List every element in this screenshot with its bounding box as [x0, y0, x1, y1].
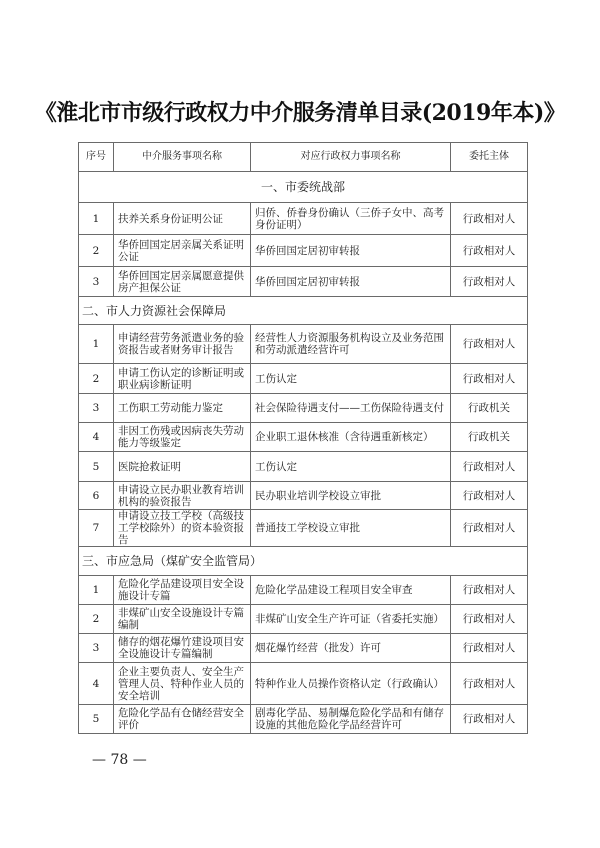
row-no: 1: [79, 576, 114, 605]
row-service-name: 危险化学品有仓储经营安全评价: [114, 705, 251, 734]
row-no: 3: [79, 267, 114, 297]
row-power-name: 民办职业培训学校设立审批: [251, 482, 451, 510]
row-no: 4: [79, 423, 114, 452]
table-row: 5 危险化学品有仓储经营安全评价 剧毒化学品、易制爆危险化学品和有储存设施的其他…: [79, 705, 528, 734]
row-power-name: 归侨、侨眷身份确认（三侨子女中、高考身份证明）: [251, 203, 451, 235]
row-power-name: 工伤认定: [251, 364, 451, 394]
row-power-name: 普通技工学校设立审批: [251, 510, 451, 547]
row-no: 6: [79, 482, 114, 510]
row-service-name: 华侨回国定居亲属愿意提供房产担保公证: [114, 267, 251, 297]
table-row: 1 申请经营劳务派遣业务的验资报告或者财务审计报告 经营性人力资源服务机构设立及…: [79, 325, 528, 364]
row-no: 3: [79, 394, 114, 423]
row-power-name: 华侨回国定居初审转报: [251, 235, 451, 267]
table-row: 7 申请设立技工学校（高级技工学校除外）的资本验资报告 普通技工学校设立审批 行…: [79, 510, 528, 547]
row-service-name: 申请经营劳务派遣业务的验资报告或者财务审计报告: [114, 325, 251, 364]
row-power-name: 非煤矿山安全生产许可证（省委托实施）: [251, 605, 451, 634]
row-power-name: 剧毒化学品、易制爆危险化学品和有储存设施的其他危险化学品经营许可: [251, 705, 451, 734]
row-no: 2: [79, 364, 114, 394]
table-row: 3 工伤职工劳动能力鉴定 社会保险待遇支付——工伤保险待遇支付 行政机关: [79, 394, 528, 423]
row-subject: 行政相对人: [451, 634, 528, 663]
row-subject: 行政机关: [451, 394, 528, 423]
row-no: 2: [79, 605, 114, 634]
section-row: 一、市委统战部: [79, 172, 528, 203]
row-service-name: 非煤矿山安全设施设计专篇编制: [114, 605, 251, 634]
row-service-name: 储存的烟花爆竹建设项目安全设施设计专篇编制: [114, 634, 251, 663]
row-subject: 行政相对人: [451, 452, 528, 482]
table-row: 5 医院抢救证明 工伤认定 行政相对人: [79, 452, 528, 482]
row-no: 1: [79, 325, 114, 364]
row-subject: 行政机关: [451, 423, 528, 452]
service-list-table: 序号 中介服务事项名称 对应行政权力事项名称 委托主体 一、市委统战部 1 扶养…: [78, 142, 528, 734]
row-no: 2: [79, 235, 114, 267]
section-label: 三、市应急局（煤矿安全监管局）: [79, 547, 528, 576]
row-subject: 行政相对人: [451, 325, 528, 364]
row-no: 4: [79, 663, 114, 705]
row-service-name: 医院抢救证明: [114, 452, 251, 482]
row-power-name: 经营性人力资源服务机构设立及业务范围和劳动派遣经营许可: [251, 325, 451, 364]
row-subject: 行政相对人: [451, 510, 528, 547]
row-subject: 行政相对人: [451, 364, 528, 394]
table-row: 1 扶养关系身份证明公证 归侨、侨眷身份确认（三侨子女中、高考身份证明） 行政相…: [79, 203, 528, 235]
section-label: 二、市人力资源社会保障局: [79, 297, 528, 325]
table-row: 3 华侨回国定居亲属愿意提供房产担保公证 华侨回国定居初审转报 行政相对人: [79, 267, 528, 297]
header-subject: 委托主体: [451, 143, 528, 172]
row-service-name: 申请设立技工学校（高级技工学校除外）的资本验资报告: [114, 510, 251, 547]
row-subject: 行政相对人: [451, 576, 528, 605]
row-no: 5: [79, 705, 114, 734]
section-label: 一、市委统战部: [79, 172, 528, 203]
header-service-name: 中介服务事项名称: [114, 143, 251, 172]
header-no: 序号: [79, 143, 114, 172]
section-row: 三、市应急局（煤矿安全监管局）: [79, 547, 528, 576]
row-subject: 行政相对人: [451, 663, 528, 705]
table-row: 3 储存的烟花爆竹建设项目安全设施设计专篇编制 烟花爆竹经营（批发）许可 行政相…: [79, 634, 528, 663]
row-service-name: 非因工伤残或因病丧失劳动能力等级鉴定: [114, 423, 251, 452]
header-power-name: 对应行政权力事项名称: [251, 143, 451, 172]
row-power-name: 工伤认定: [251, 452, 451, 482]
row-subject: 行政相对人: [451, 605, 528, 634]
table-row: 2 华侨回国定居亲属关系证明公证 华侨回国定居初审转报 行政相对人: [79, 235, 528, 267]
row-service-name: 华侨回国定居亲属关系证明公证: [114, 235, 251, 267]
row-service-name: 申请工伤认定的诊断证明或职业病诊断证明: [114, 364, 251, 394]
row-subject: 行政相对人: [451, 267, 528, 297]
row-service-name: 企业主要负责人、安全生产管理人员、特种作业人员的安全培训: [114, 663, 251, 705]
row-service-name: 申请设立民办职业教育培训机构的验资报告: [114, 482, 251, 510]
table-row: 2 申请工伤认定的诊断证明或职业病诊断证明 工伤认定 行政相对人: [79, 364, 528, 394]
row-power-name: 企业职工退休核准（含待遇重新核定）: [251, 423, 451, 452]
row-power-name: 社会保险待遇支付——工伤保险待遇支付: [251, 394, 451, 423]
document-title: 《淮北市市级行政权力中介服务清单目录(2019年本)》: [0, 96, 600, 127]
row-service-name: 工伤职工劳动能力鉴定: [114, 394, 251, 423]
row-power-name: 华侨回国定居初审转报: [251, 267, 451, 297]
row-power-name: 烟花爆竹经营（批发）许可: [251, 634, 451, 663]
row-subject: 行政相对人: [451, 705, 528, 734]
table-row: 4 企业主要负责人、安全生产管理人员、特种作业人员的安全培训 特种作业人员操作资…: [79, 663, 528, 705]
table-row: 1 危险化学品建设项目安全设施设计专篇 危险化学品建设工程项目安全审查 行政相对…: [79, 576, 528, 605]
row-subject: 行政相对人: [451, 203, 528, 235]
row-no: 7: [79, 510, 114, 547]
row-service-name: 危险化学品建设项目安全设施设计专篇: [114, 576, 251, 605]
table-row: 4 非因工伤残或因病丧失劳动能力等级鉴定 企业职工退休核准（含待遇重新核定） 行…: [79, 423, 528, 452]
table-row: 6 申请设立民办职业教育培训机构的验资报告 民办职业培训学校设立审批 行政相对人: [79, 482, 528, 510]
table-row: 2 非煤矿山安全设施设计专篇编制 非煤矿山安全生产许可证（省委托实施） 行政相对…: [79, 605, 528, 634]
row-no: 5: [79, 452, 114, 482]
row-no: 3: [79, 634, 114, 663]
row-power-name: 特种作业人员操作资格认定（行政确认）: [251, 663, 451, 705]
section-row: 二、市人力资源社会保障局: [79, 297, 528, 325]
page-number: — 78 —: [92, 752, 147, 768]
row-subject: 行政相对人: [451, 482, 528, 510]
row-power-name: 危险化学品建设工程项目安全审查: [251, 576, 451, 605]
row-subject: 行政相对人: [451, 235, 528, 267]
row-service-name: 扶养关系身份证明公证: [114, 203, 251, 235]
row-no: 1: [79, 203, 114, 235]
table-header-row: 序号 中介服务事项名称 对应行政权力事项名称 委托主体: [79, 143, 528, 172]
